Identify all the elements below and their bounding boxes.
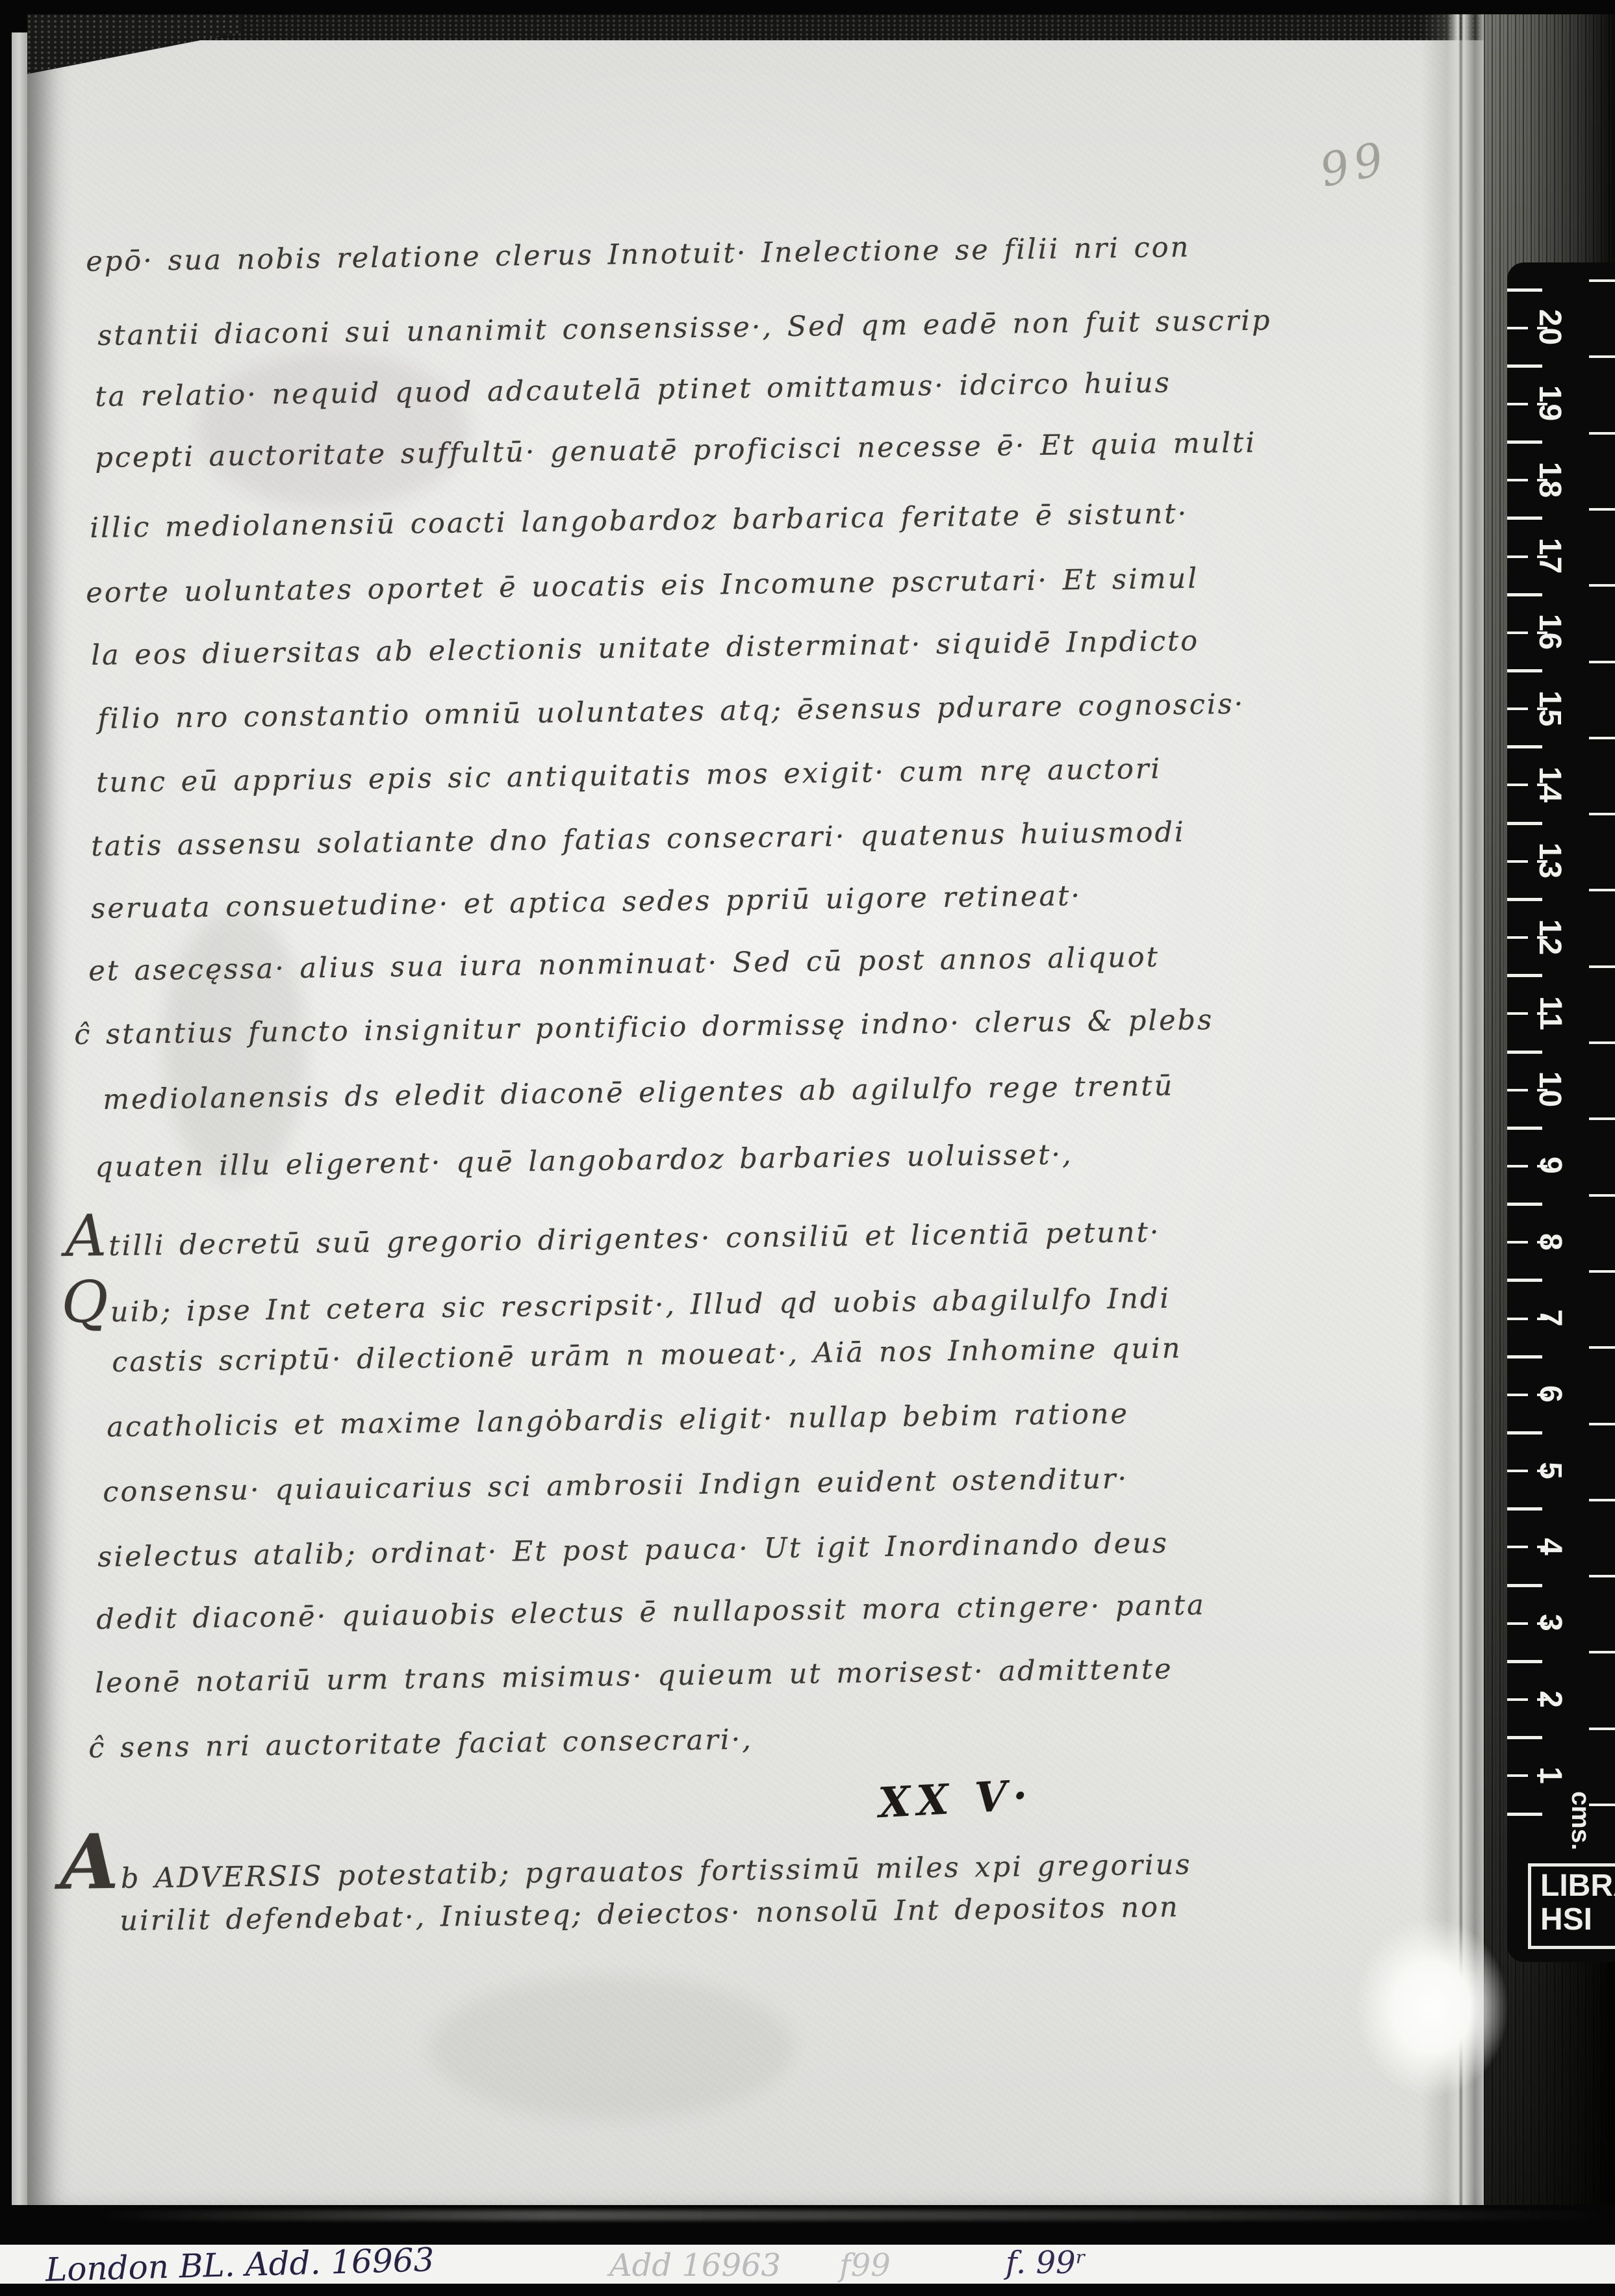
ruler-unit-text: cms. — [1566, 1791, 1596, 1850]
ruler-tick — [1589, 508, 1615, 511]
chapter-number: XX V· — [877, 1771, 1034, 1828]
ruler-tick — [1507, 1355, 1542, 1358]
ruler-tick — [1589, 355, 1615, 358]
ruler-number-text: 11 — [1532, 996, 1568, 1032]
ruler-number: 5 — [1518, 1435, 1583, 1507]
ruler-tick — [1507, 288, 1542, 292]
ruler-tick — [1589, 737, 1615, 739]
ink-shelfmark: London BL. Add. 16963 — [45, 2241, 435, 2289]
ruler-tick — [1589, 1194, 1615, 1197]
ruler-number-text: 17 — [1532, 538, 1568, 575]
ruler-number: 20 — [1518, 292, 1583, 364]
ruler-number-text: 7 — [1532, 1309, 1568, 1328]
ink-folio-caption: f. 99ʳ — [1006, 2245, 1086, 2281]
ruler-tick — [1589, 1575, 1615, 1577]
ruler-number: 19 — [1518, 368, 1583, 440]
ruler-tick — [1589, 1041, 1615, 1044]
ruler-number-text: 20 — [1532, 309, 1568, 346]
ruler-tick — [1589, 813, 1615, 815]
ruler-number: 15 — [1518, 673, 1583, 745]
ruler-number: 18 — [1518, 444, 1583, 516]
ruler-tick — [1589, 1346, 1615, 1349]
book-edge-highlight — [91, 2210, 1615, 2221]
ruler-tick — [1589, 661, 1615, 663]
ruler-tick — [1507, 1279, 1542, 1282]
ruler-number: 6 — [1518, 1359, 1583, 1431]
ruler-number-text: 19 — [1532, 385, 1568, 422]
ruler-number: 16 — [1518, 597, 1583, 669]
ruler-number: 7 — [1518, 1283, 1583, 1355]
parchment-stain — [196, 352, 469, 508]
ruler-tick — [1507, 1431, 1542, 1435]
ruler-number-text: 9 — [1532, 1157, 1568, 1176]
ruler-number-text: 6 — [1532, 1385, 1568, 1404]
ruler-number: 12 — [1518, 902, 1583, 973]
ruler-tick — [1507, 745, 1542, 748]
parchment-repair-spot — [1355, 1918, 1508, 2097]
ruler-number: 13 — [1518, 826, 1583, 897]
ruler-tick — [1507, 898, 1542, 901]
ruler-number-text: 3 — [1532, 1614, 1568, 1633]
stamp-line-2: HSI — [1540, 1903, 1615, 1937]
ruler-tick — [1589, 1728, 1615, 1730]
ruler-tick — [1589, 1270, 1615, 1273]
ruler-tick — [1589, 1499, 1615, 1501]
ruler-tick — [1507, 364, 1542, 368]
ruler-number-text: 10 — [1532, 1071, 1568, 1108]
library-stamp-label: LIBRA HSI — [1528, 1863, 1615, 1949]
stamp-line-1: LIBRA — [1540, 1869, 1615, 1903]
ruler-tick — [1507, 1127, 1542, 1130]
ruler-number-text: 13 — [1532, 843, 1568, 880]
binding-headband — [27, 14, 1484, 40]
ruler-number-text: 12 — [1532, 919, 1568, 956]
ruler-number-text: 15 — [1532, 690, 1568, 727]
ruler-tick — [1589, 1651, 1615, 1653]
ruler-number-text: 18 — [1532, 462, 1568, 499]
ruler-tick — [1589, 1117, 1615, 1120]
ruler-number-text: 8 — [1532, 1233, 1568, 1252]
ruler-tick — [1507, 1736, 1542, 1739]
ruler-tick — [1589, 432, 1615, 435]
ruler-tick — [1507, 822, 1542, 825]
ruler-tick — [1589, 584, 1615, 587]
ruler-tick — [1507, 440, 1542, 444]
ruler-tick — [1507, 517, 1542, 520]
ruler-tick — [1589, 1423, 1615, 1425]
ruler-number: 2 — [1518, 1664, 1583, 1735]
ruler-number: 4 — [1518, 1511, 1583, 1583]
ruler-number: 8 — [1518, 1206, 1583, 1278]
ruler-number: 14 — [1518, 749, 1583, 821]
caption-strip: London BL. Add. 16963 Add 16963 f99 f. 9… — [0, 2245, 1615, 2284]
pencil-folio-caption: f99 — [839, 2247, 891, 2284]
pencil-shelfmark: Add 16963 — [609, 2247, 781, 2284]
ruler-tick — [1507, 1203, 1542, 1206]
ruler-tick — [1507, 974, 1542, 977]
ruler-tick — [1507, 593, 1542, 596]
ruler-number: 3 — [1518, 1588, 1583, 1659]
ruler-tick — [1589, 279, 1615, 282]
parchment-stain — [430, 1976, 794, 2119]
ruler-tick — [1507, 1660, 1542, 1663]
ruler-number-text: 4 — [1532, 1538, 1568, 1557]
ruler-number-text: 14 — [1532, 767, 1568, 804]
ruler-number: 9 — [1518, 1130, 1583, 1202]
ruler-number: 10 — [1518, 1054, 1583, 1126]
ruler-tick — [1507, 1051, 1542, 1054]
ruler-tick — [1507, 1813, 1542, 1816]
ruler-number-text: 2 — [1532, 1690, 1568, 1709]
ruler-tick — [1507, 669, 1542, 672]
ruler-tick — [1589, 965, 1615, 968]
manuscript-photo: 99 epō· sua nobis relatione clerus Innot… — [0, 0, 1615, 2296]
ruler-unit-label: cms. — [1558, 1781, 1603, 1859]
ruler-tick — [1589, 889, 1615, 891]
ruler-number-text: 5 — [1532, 1462, 1568, 1481]
ruler-number-text: 16 — [1532, 614, 1568, 651]
ruler-tick — [1507, 1507, 1542, 1511]
ruler-number: 11 — [1518, 978, 1583, 1049]
ruler-number: 17 — [1518, 521, 1583, 593]
ruler-tick — [1507, 1584, 1542, 1587]
